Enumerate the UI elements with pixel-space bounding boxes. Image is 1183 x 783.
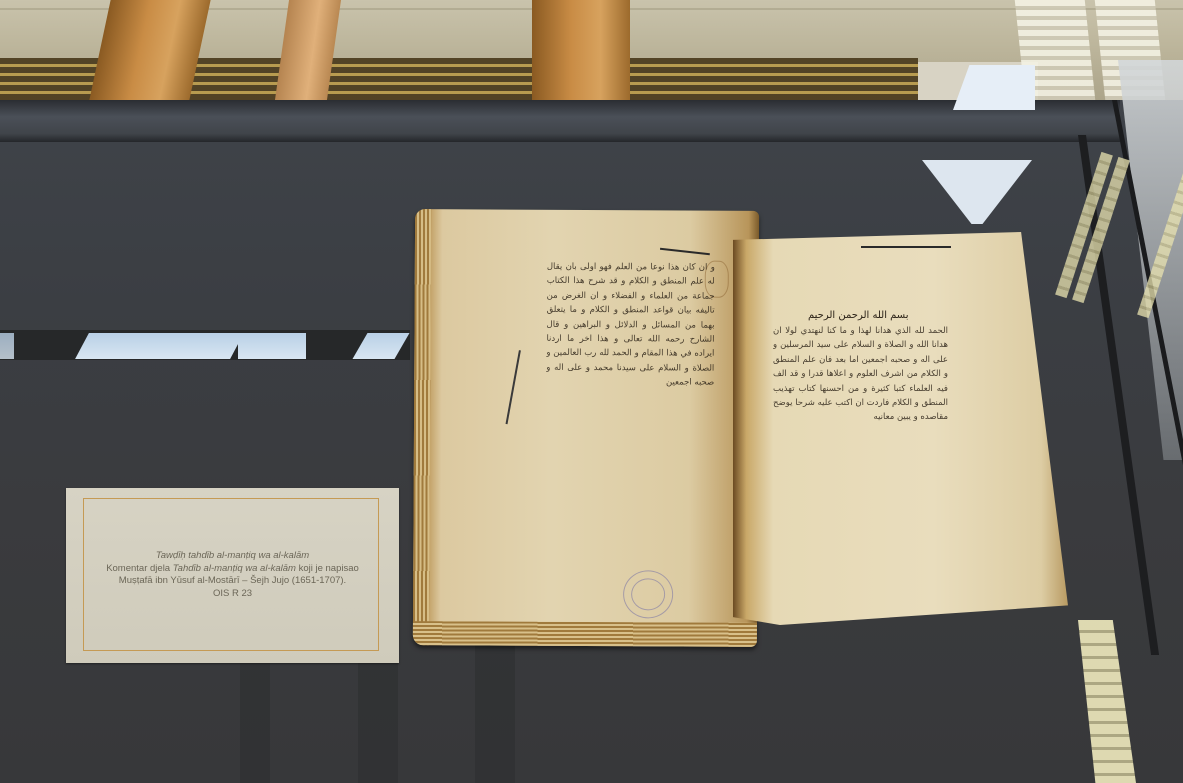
ink-flourish	[861, 246, 951, 248]
manuscript-right-page: بسم الله الرحمن الرحيم الحمد لله الذي هد…	[733, 232, 1068, 625]
label-catalog-number: OIS R 23	[66, 588, 399, 601]
basmala-heading: بسم الله الرحمن الرحيم	[808, 310, 909, 321]
wooden-beam	[532, 0, 630, 110]
label-author: Muṣṭafā ibn Yūsuf al-Mostārī – Šejh Jujo…	[66, 575, 399, 588]
label-description-suffix: koji je napisao	[296, 563, 359, 574]
marginal-pencil-line	[506, 350, 521, 424]
label-description-prefix: Komentar djela	[106, 563, 173, 574]
window-reflection	[238, 333, 306, 359]
manuscript-text-left: و ان كان هذا نوعا من العلم فهو اولى بان …	[545, 260, 715, 566]
ink-flourish	[660, 248, 710, 255]
display-case-top-rail	[0, 100, 1120, 142]
library-stamp-icon	[623, 570, 673, 618]
shadow	[475, 640, 515, 783]
display-case-scene: Tawḍīḥ tahdīb al-manṭiq wa al-kalām Kome…	[0, 0, 1183, 783]
page-bottom-edge	[413, 621, 757, 647]
manuscript-text-right: الحمد لله الذي هدانا لهذا و ما كنا لنهتد…	[773, 324, 948, 574]
page-stack-edge	[413, 209, 431, 645]
label-text: Tawḍīḥ tahdīb al-manṭiq wa al-kalām Kome…	[66, 550, 399, 600]
window-reflection	[0, 333, 14, 359]
label-description: Komentar djela Tahdīb al-manṭiq wa al-ka…	[66, 563, 399, 576]
manuscript-left-page: و ان كان هذا نوعا من العلم فهو اولى بان …	[413, 209, 759, 647]
label-description-work: Tahdīb al-manṭiq wa al-kalām	[173, 563, 296, 574]
label-title: Tawḍīḥ tahdīb al-manṭiq wa al-kalām	[66, 550, 399, 563]
window-reflection	[75, 333, 244, 359]
exhibit-label-card: Tawḍīḥ tahdīb al-manṭiq wa al-kalām Kome…	[66, 488, 399, 663]
